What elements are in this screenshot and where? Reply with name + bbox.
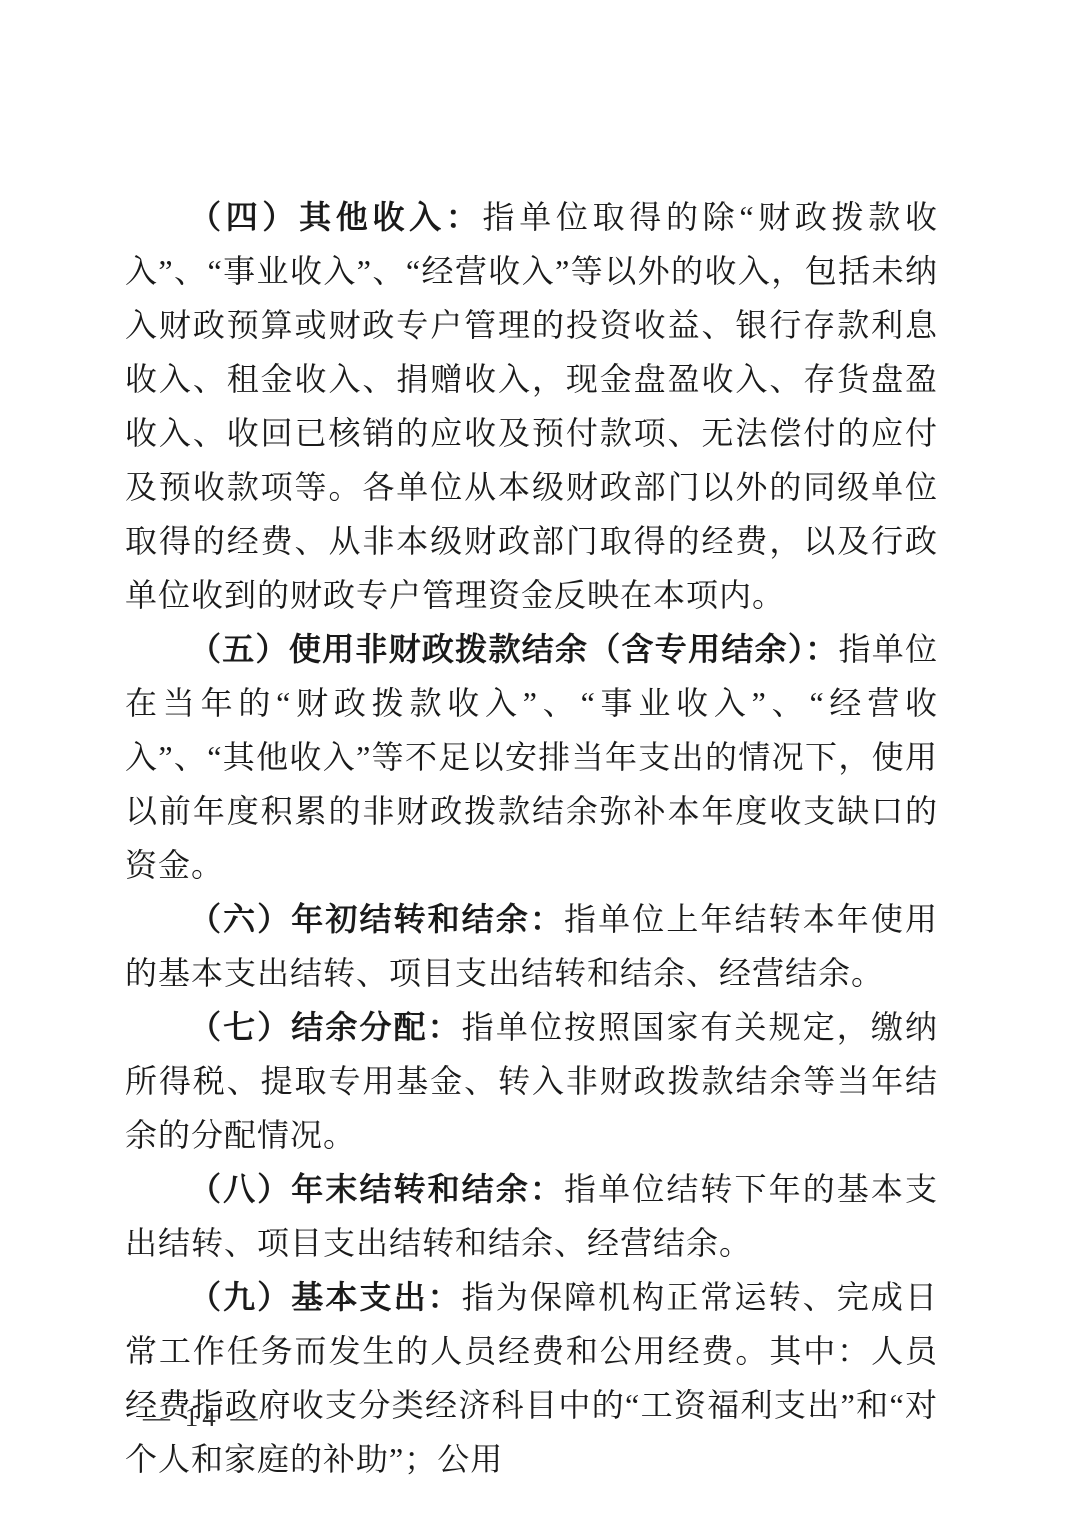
paragraph-lead: （五）使用非财政拨款结余（含专用结余）： xyxy=(189,631,838,667)
paragraph-item-4-other-income: （四）其他收入：指单位取得的除“财政拨款收入”、“事业收入”、“经营收入”等以外… xyxy=(125,190,938,622)
paragraph-item-9-basic-expenditure: （九）基本支出：指为保障机构正常运转、完成日常工作任务而发生的人员经费和公用经费… xyxy=(125,1270,938,1486)
paragraph-item-8-yearend-carryover: （八）年末结转和结余：指单位结转下年的基本支出结转、项目支出结转和结余、经营结余… xyxy=(125,1162,938,1270)
paragraph-body: 指单位在当年的“财政拨款收入”、“事业收入”、“经营收入”、“其他收入”等不足以… xyxy=(125,631,938,883)
paragraph-lead: （六）年初结转和结余： xyxy=(189,901,564,937)
document-body: （四）其他收入：指单位取得的除“财政拨款收入”、“事业收入”、“经营收入”等以外… xyxy=(125,190,938,1486)
paragraph-lead: （四）其他收入： xyxy=(189,199,483,235)
document-page: （四）其他收入：指单位取得的除“财政拨款收入”、“事业收入”、“经营收入”等以外… xyxy=(0,0,1075,1520)
paragraph-lead: （八）年末结转和结余： xyxy=(189,1171,564,1207)
paragraph-lead: （九）基本支出： xyxy=(189,1279,462,1315)
page-number: — 14 — xyxy=(143,1402,262,1433)
paragraph-body: 指单位取得的除“财政拨款收入”、“事业收入”、“经营收入”等以外的收入，包括未纳… xyxy=(125,199,938,613)
paragraph-item-5-non-fiscal-balance: （五）使用非财政拨款结余（含专用结余）：指单位在当年的“财政拨款收入”、“事业收… xyxy=(125,622,938,892)
paragraph-item-7-balance-distribution: （七）结余分配：指单位按照国家有关规定，缴纳所得税、提取专用基金、转入非财政拨款… xyxy=(125,1000,938,1162)
paragraph-lead: （七）结余分配： xyxy=(189,1009,462,1045)
paragraph-item-6-beginning-carryover: （六）年初结转和结余：指单位上年结转本年使用的基本支出结转、项目支出结转和结余、… xyxy=(125,892,938,1000)
